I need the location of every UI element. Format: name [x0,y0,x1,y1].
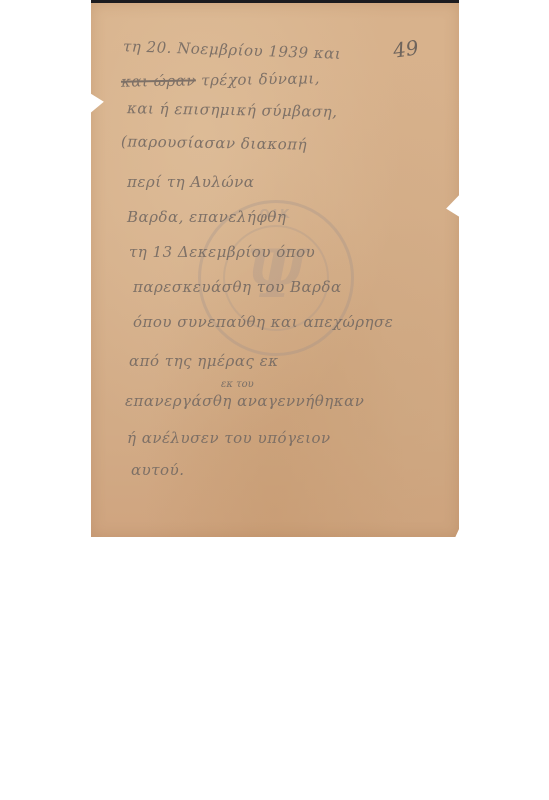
manuscript-page: ΟΙΚ Ψ 49 τη 20. Νοεμβρίου 1939 και και ώ… [91,3,459,537]
handwritten-line-13: αυτού. [131,461,184,479]
handwritten-line-2: και ώραν τρέχοι δύναμι, [121,69,320,90]
line-text: τρέχοι δύναμι, [196,69,320,89]
struck-text: και ώραν [121,71,196,90]
handwritten-line-7: τη 13 Δεκεμβρίου όπου [129,243,315,261]
scan-top-edge [91,0,459,3]
handwritten-line-6: Βαρδα, επανελήφθη [127,208,286,226]
interlinear-note: εκ του [221,379,254,390]
handwritten-line-8: παρεσκευάσθη του Βαρδα [133,278,342,296]
folio-number: 49 [391,35,420,62]
handwritten-line-9: όπου συνεπαύθη και απεχώρησε [133,313,393,331]
handwritten-line-10: από της ημέρας εκ [129,352,279,370]
handwritten-line-1: τη 20. Νοεμβρίου 1939 και [123,37,342,63]
handwritten-line-4: (παρουσίασαν διακοπή [121,132,307,153]
handwritten-line-3: και ή επισημική σύμβαση, [127,99,338,121]
handwritten-line-5: περί τη Αυλώνα [127,173,254,191]
handwritten-line-11: επανεργάσθη αναγεννήθηκαν [125,392,364,410]
handwritten-line-12: ή ανέλυσεν του υπόγειον [127,429,331,447]
